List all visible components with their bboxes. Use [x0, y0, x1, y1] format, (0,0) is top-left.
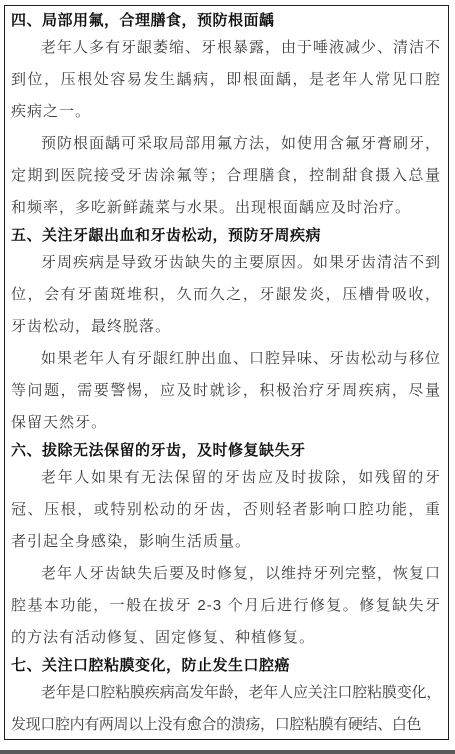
paragraph: 老年人如果有无法保留的牙齿应及时拔除，如残留的牙冠、压根，或特别松动的牙齿，否则… [11, 462, 441, 558]
paragraph: 老年人牙齿缺失后要及时修复，以维持牙列完整，恢复口腔基本功能，一般在拔牙 2-3… [11, 558, 441, 654]
section-heading-6: 六、拔除无法保留的牙齿，及时修复缺失牙 [11, 439, 441, 462]
section-heading-7: 七、关注口腔粘膜变化，防止发生口腔癌 [11, 654, 441, 677]
paragraph: 老年人多有牙龈萎缩、牙根暴露，由于唾液减少、清洁不到位，压根处容易发生龋病，即根… [11, 32, 441, 128]
paragraph: 牙周疾病是导致牙齿缺失的主要原因。如果牙齿清洁不到位，会有牙菌斑堆积，久而久之，… [11, 247, 441, 343]
document-page: 四、局部用氟，合理膳食，预防根面龋 老年人多有牙龈萎缩、牙根暴露，由于唾液减少、… [0, 0, 455, 754]
section-heading-5: 五、关注牙龈出血和牙齿松动，预防牙周疾病 [11, 224, 441, 247]
content-frame: 四、局部用氟，合理膳食，预防根面龋 老年人多有牙龈萎缩、牙根暴露，由于唾液减少、… [4, 5, 449, 740]
section-heading-4: 四、局部用氟，合理膳食，预防根面龋 [11, 9, 441, 32]
page-edge-divider [0, 750, 455, 754]
paragraph: 老年是口腔粘膜疾病高发年龄，老年人应关注口腔粘膜变化，发现口腔内有两周以上没有愈… [11, 677, 441, 740]
paragraph: 预防根面龋可采取局部用氟方法，如使用含氟牙膏刷牙，定期到医院接受牙齿涂氟等；合理… [11, 128, 441, 224]
paragraph: 如果老年人有牙龈红肿出血、口腔异味、牙齿松动与移位等问题，需要警惕，应及时就诊，… [11, 343, 441, 439]
